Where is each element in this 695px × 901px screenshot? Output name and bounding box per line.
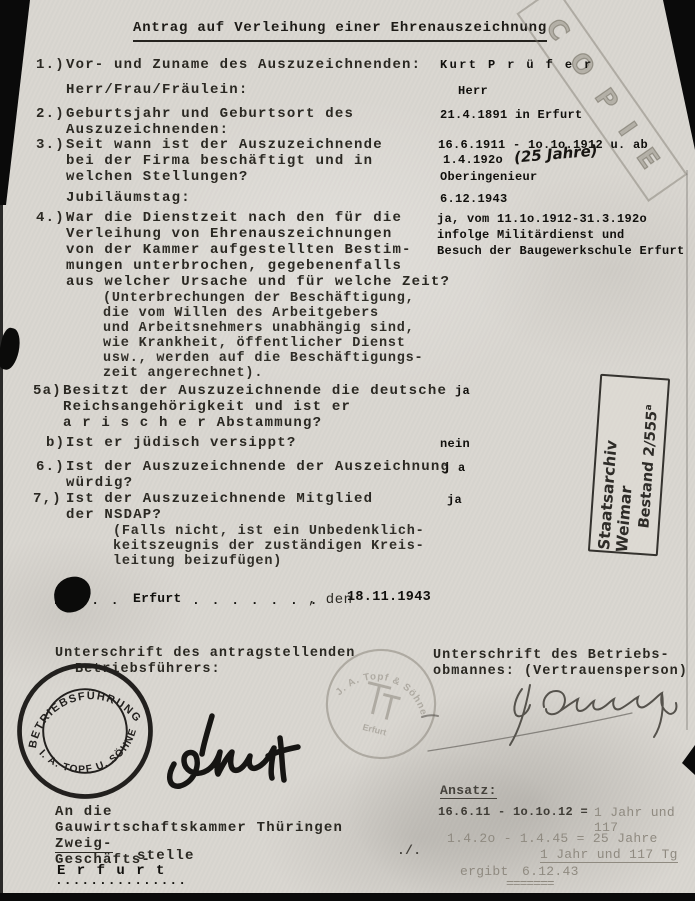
item-4-answer: ja, vom 11.1o.1912-31.3.192o infolge Mil… <box>437 211 685 259</box>
item-1-number: 1.) <box>36 57 65 73</box>
page-title: Antrag auf Verleihung einer Ehrenauszeic… <box>133 20 547 42</box>
item-3-answer-line2: 1.4.192o <box>443 153 503 169</box>
item-1b-answer: Herr <box>458 84 488 100</box>
archive-stamp-line2: Bestand 2/555 <box>636 410 660 530</box>
address-city-dots: ............... <box>55 874 187 888</box>
item-4-question: War die Dienstzeit nach den für die Verl… <box>66 210 450 290</box>
jubilee-value: 6.12.1943 <box>440 192 508 208</box>
calc-result-label: ergibt <box>460 864 509 879</box>
dateline-dots-right: . . . . . . . <box>192 594 319 608</box>
dateline-date: 18.11.1943 <box>347 590 431 606</box>
copy-stamp: COPIE <box>516 0 687 202</box>
item-6-number: 6.) <box>36 459 65 475</box>
item-5a-answer: ja <box>455 384 470 400</box>
address-line4b: stelle <box>137 848 195 864</box>
calc-result-underline: ======= <box>506 876 554 891</box>
item-7-number: 7,) <box>33 491 62 507</box>
item-7-question: Ist der Auszuzeichnende Mitglied der NSD… <box>66 491 373 523</box>
applicant-signature <box>160 710 330 805</box>
obmann-signature <box>420 655 695 765</box>
item-5b-question: Ist er jüdisch versippt? <box>66 435 296 451</box>
topf-monogram-icon <box>360 683 402 722</box>
calc-mark: ./. <box>397 843 421 858</box>
page-edge-shadow <box>686 170 688 730</box>
archive-stamp: Staatsarchiv Weimar Bestand 2/555a <box>594 376 660 550</box>
address-line3: Zweig- <box>55 836 113 853</box>
item-1b-question: Herr/Frau/Fräulein: <box>66 82 248 98</box>
scan-edge-left <box>0 200 3 893</box>
calc-row3: 1 Jahr und 117 Tg <box>540 847 678 863</box>
scanned-form-page: Antrag auf Verleihung einer Ehrenauszeic… <box>0 0 695 901</box>
ink-blob-dateline <box>52 575 94 615</box>
item-7-note: (Falls nicht, ist ein Unbedenklich- keit… <box>113 524 425 569</box>
item-1-question: Vor- und Zuname des Auszuzeichnenden: <box>66 57 421 73</box>
item-5a-question: Besitzt der Auszuzeichnende die deutsche… <box>63 383 447 431</box>
item-3-answer-line3: Oberingenieur <box>440 170 538 186</box>
item-5b-answer: nein <box>440 437 470 453</box>
topf-stamp-city-text: Erfurt <box>362 722 388 738</box>
item-5b-number: b) <box>46 435 65 451</box>
item-7-answer: ja <box>447 493 462 509</box>
item-4-number: 4.) <box>36 210 65 226</box>
address-line1: An die <box>55 804 113 820</box>
item-2-question: Geburtsjahr und Geburtsort des Auszuzeic… <box>66 106 354 138</box>
calc-row2: 1.4.2o - 1.4.45 = 25 Jahre <box>447 831 658 846</box>
item-1-answer: Kurt P r ü f e r <box>440 58 594 74</box>
scan-corner-top-right <box>655 0 695 150</box>
scan-edge-bottom <box>0 893 695 901</box>
item-5a-number: 5a) <box>33 383 62 399</box>
address-line2: Gauwirtschaftskammer Thüringen <box>55 820 343 836</box>
jubilee-label: Jubiläumstag: <box>66 190 191 206</box>
calc-title: Ansatz: <box>440 783 497 799</box>
ink-blob-left <box>0 326 23 371</box>
item-2-answer: 21.4.1891 in Erfurt <box>440 108 583 124</box>
item-3-question: Seit wann ist der Auszuzeichnende bei de… <box>66 137 383 185</box>
handwritten-years: (25 Jahre) <box>514 143 599 165</box>
item-2-number: 2.) <box>36 106 65 122</box>
archive-stamp-sup: a <box>643 404 653 411</box>
dateline-den: , den <box>308 592 353 608</box>
calc-row1-dark: 16.6.11 - 1o.1o.12 = <box>438 805 588 821</box>
item-3-number: 3.) <box>36 137 65 153</box>
scan-corner-top-left <box>0 0 32 205</box>
item-6-question: Ist der Auszuzeichnende der Auszeichnung… <box>66 459 450 491</box>
item-4-note: (Unterbrechungen der Beschäftigung, die … <box>103 291 423 381</box>
dateline-place: Erfurt <box>133 591 182 607</box>
item-6-answer: j a <box>443 461 466 477</box>
